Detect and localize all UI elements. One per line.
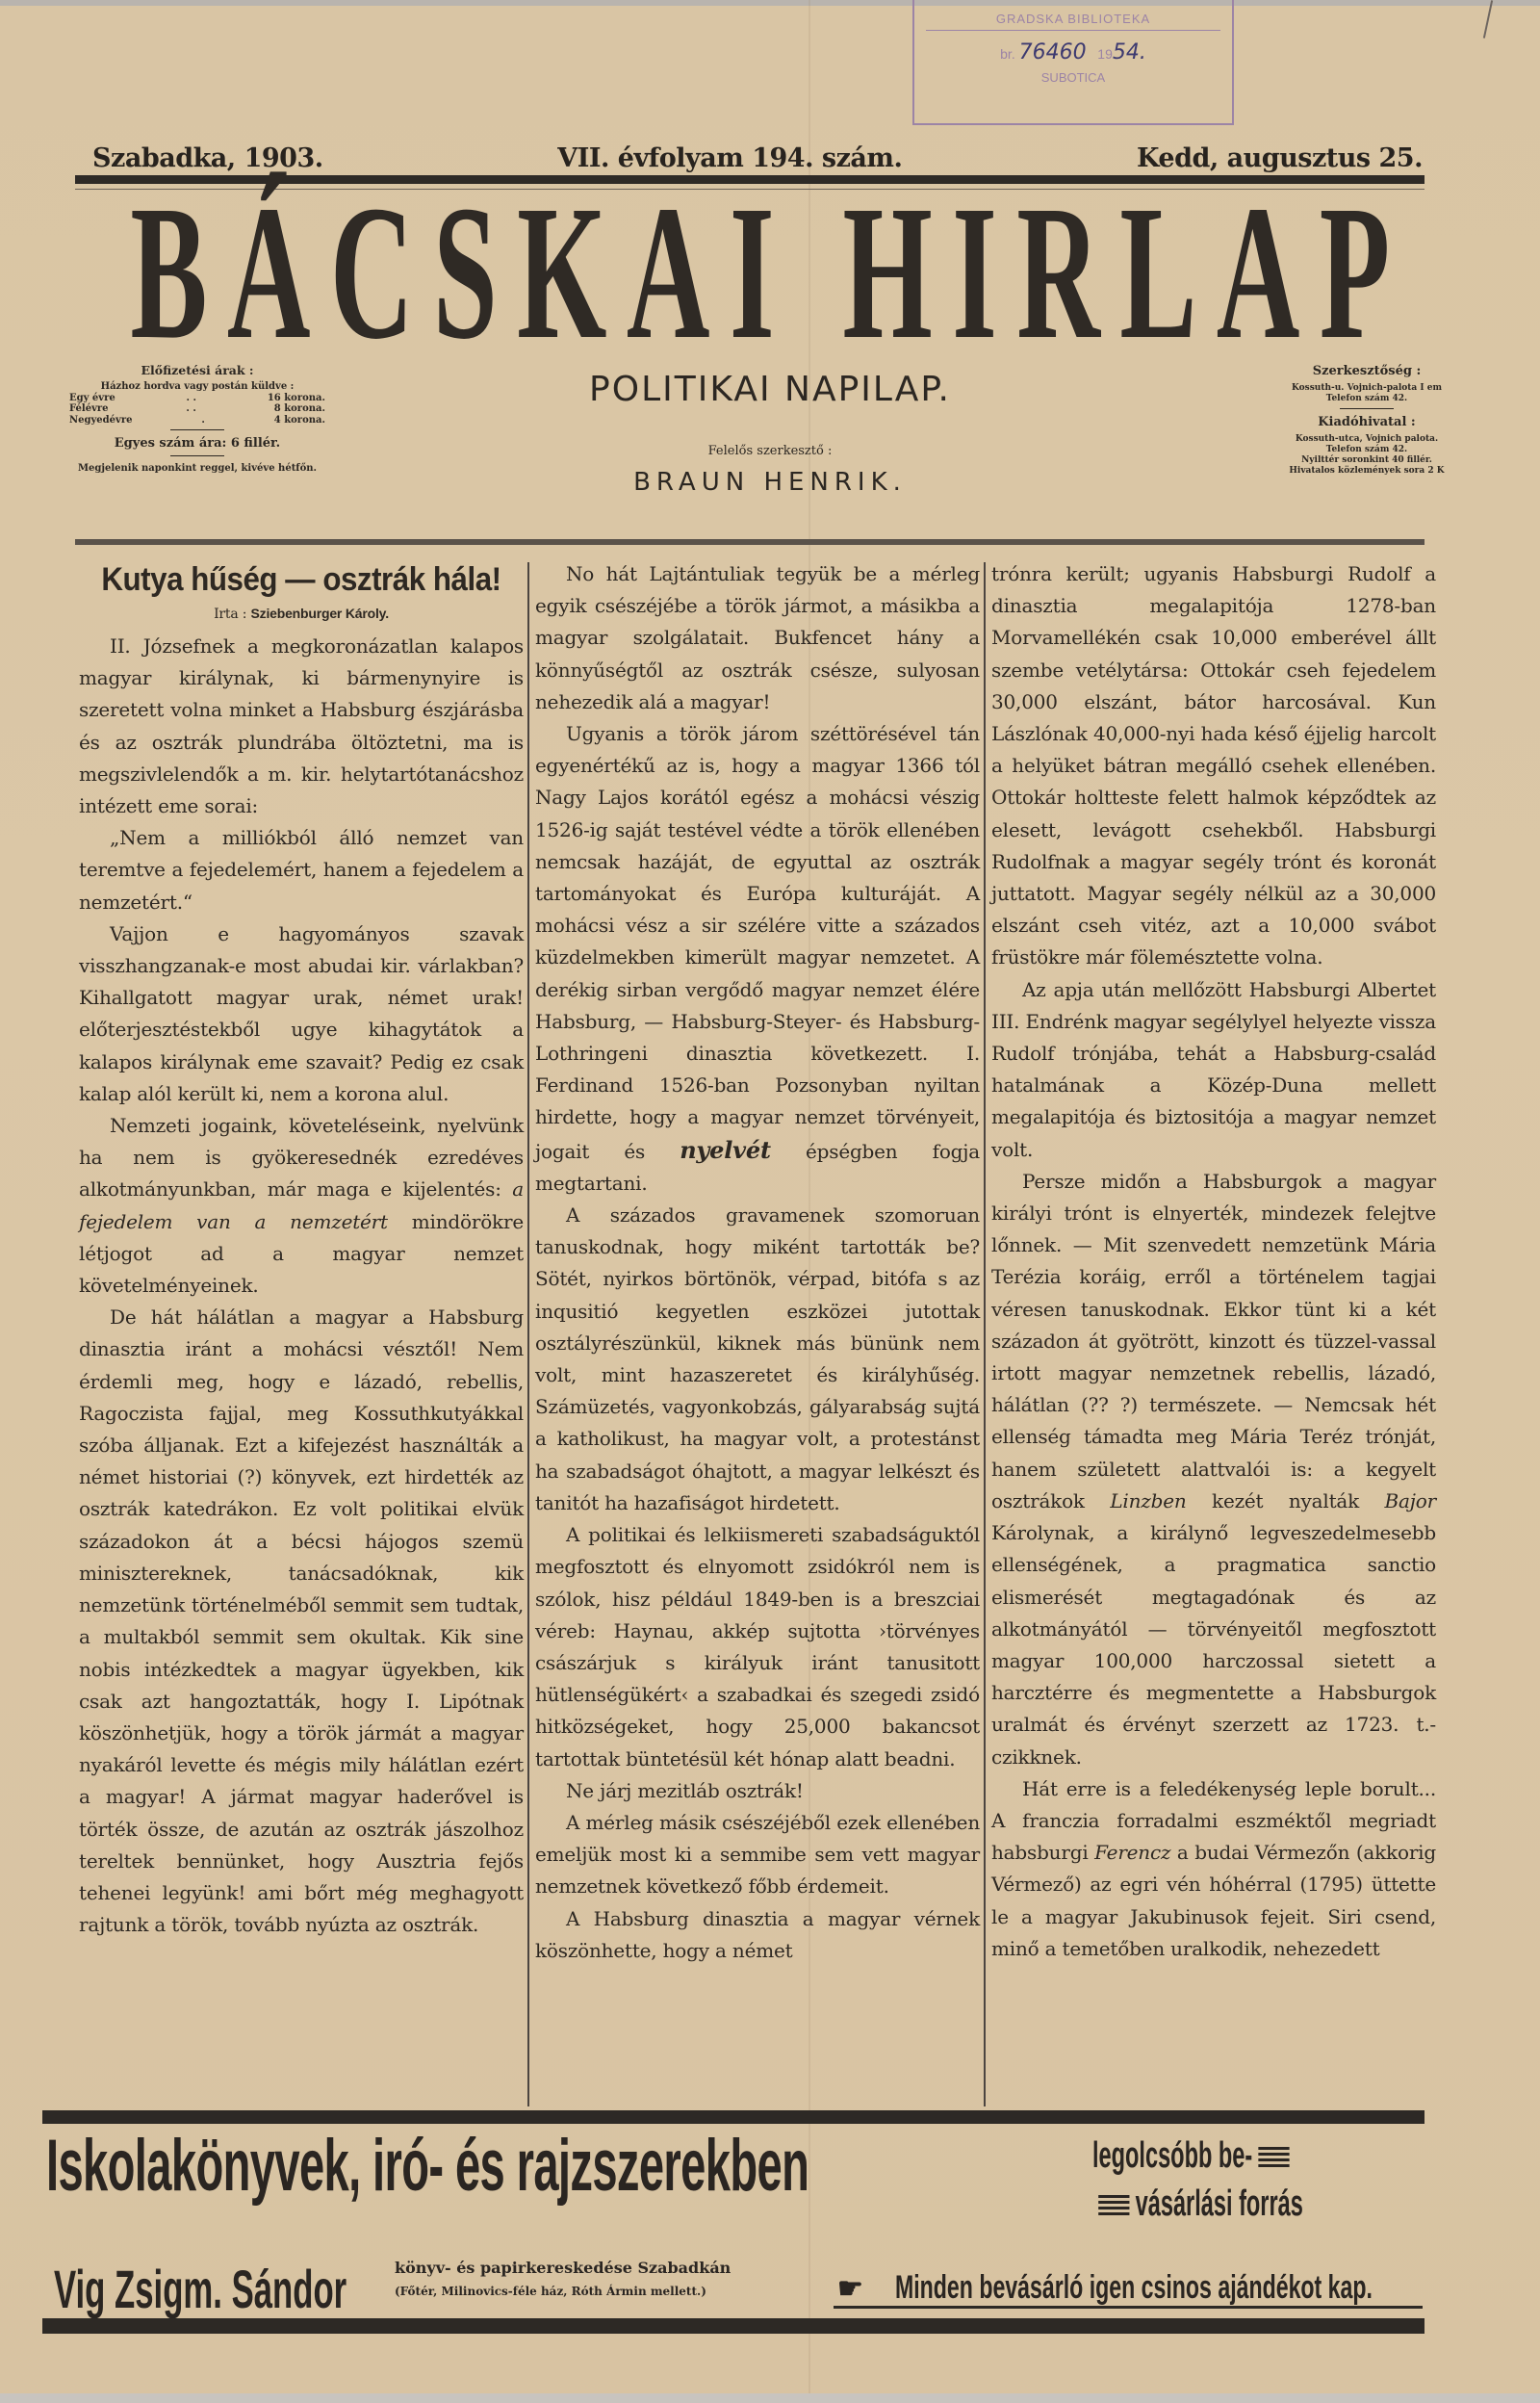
paragraph: trónra került; ugyanis Habsburgi Rudolf … (991, 558, 1436, 974)
ad-gift-underline (834, 2306, 1423, 2309)
editor-name: BRAUN HENRIK. (500, 468, 1039, 497)
paragraph: Ugyanis a török járom széttörésével tán … (535, 718, 980, 1200)
ad-gift-line: ☛Minden bevásárló igen csinos ajándékot … (837, 2268, 1453, 2309)
stamp-city: SUBOTICA (914, 70, 1232, 85)
subscription-delivery: Házhoz hordva vagy postán küldve : (67, 381, 327, 393)
price-period: Félévre (69, 403, 109, 415)
scan-bottom-edge (0, 2393, 1540, 2403)
paragraph-text: Persze midőn a Habsburgok a magyar királ… (991, 1170, 1436, 1512)
ornament-bars-icon (1098, 2195, 1129, 2216)
price-value: 16 korona. (268, 393, 325, 404)
subscription-prices: Előfizetési árak : Házhoz hordva vagy po… (67, 364, 327, 475)
ad-shop-info: könyv- és papirkereskedése Szabadkán (Fő… (395, 2257, 731, 2303)
masthead-subtitle: POLITIKAI NAPILAP. (500, 370, 1039, 409)
stamp-handwritten-year: 54. (1113, 40, 1146, 65)
publisher-phone: Telefon szám 42. (1270, 445, 1463, 455)
paragraph: Nemzeti jogaink, követeléseink, nyelvünk… (79, 1110, 524, 1302)
pointing-hand-icon: ☛ (837, 2270, 895, 2309)
ad-side-line-1: legolcsóbb be- (1092, 2135, 1252, 2176)
price-row: Egy évre . . 16 korona. (67, 393, 327, 404)
paragraph-text: Nemzeti jogaink, követeléseink, nyelvünk… (79, 1114, 524, 1201)
price-dots: . . (186, 403, 195, 415)
ad-headline: Iskolakönyvek, iró- és rajzszerekben (46, 2128, 714, 2205)
italic-name: Ferencz (1094, 1841, 1170, 1864)
ad-shop-description: könyv- és papirkereskedése Szabadkán (395, 2257, 731, 2280)
stamp-year-prefix: 19 (1097, 46, 1113, 62)
editorial-title: Szerkesztőség : (1270, 364, 1463, 379)
paragraph: A Habsburg dinasztia a magyar vérnek kös… (535, 1903, 980, 1967)
price-value: 4 korona. (274, 415, 325, 426)
ornament-bars-icon (1258, 2147, 1289, 2168)
paragraph-text: kezét nyalták (1212, 1489, 1359, 1512)
paragraph-text: Ugyanis a török járom széttörésével tán … (535, 722, 980, 1163)
editorial-phone: Telefon szám 42. (1270, 394, 1463, 404)
ornament-rule (1340, 408, 1394, 411)
article-column-1: Kutya hűség — osztrák hála! Irta : Szieb… (79, 558, 524, 2099)
price-row: Félévre . . 8 korona. (67, 403, 327, 415)
masthead-center: POLITIKAI NAPILAP. Felelős szerkesztő : … (500, 370, 1039, 497)
ornament-rule (170, 429, 224, 433)
stamp-number-row: br. 76460 1954. (914, 40, 1232, 65)
subscription-title: Előfizetési árak : (67, 364, 327, 377)
price-period: Negyedévre (69, 415, 132, 426)
emphasis-word: nyelvét (680, 1136, 771, 1164)
advertisement-bottom-rule (42, 2318, 1424, 2334)
stamp-library-name: GRADSKA BIBLIOTEKA (926, 12, 1220, 31)
editorial-address: Kossuth-u. Vojnich-palota I em (1270, 383, 1463, 394)
library-stamp: GRADSKA BIBLIOTEKA br. 76460 1954. SUBOT… (912, 0, 1234, 125)
column-rule (984, 562, 986, 2106)
newspaper-page: GRADSKA BIBLIOTEKA br. 76460 1954. SUBOT… (0, 0, 1540, 2403)
ornament-rule (170, 455, 224, 459)
paragraph: Az apja után mellőzött Habsburgi Alberte… (991, 974, 1436, 1166)
paragraph: De hát hálátlan a magyar a Habsburg dina… (79, 1302, 524, 1941)
publisher-title: Kiadóhivatal : (1270, 415, 1463, 430)
article-column-3: trónra került; ugyanis Habsburgi Rudolf … (991, 558, 1436, 2099)
price-period: Egy évre (69, 393, 115, 404)
pencil-mark (1483, 0, 1493, 39)
stamp-handwritten-number: 76460 (1019, 40, 1087, 65)
paragraph: No hát Lajtántuliak tegyük be a mérleg e… (535, 558, 980, 718)
article-column-2: No hát Lajtántuliak tegyük be a mérleg e… (535, 558, 980, 2099)
paragraph: A politikai és lelkiismereti szabadságuk… (535, 1519, 980, 1775)
price-dots: . (201, 415, 204, 426)
paragraph: A mérleg másik csészéjéből ezek ellenébe… (535, 1807, 980, 1903)
single-issue-price: Egyes szám ára: 6 fillér. (67, 437, 327, 452)
paragraph: Vajjon e hagyományos szavak visszhangzan… (79, 918, 524, 1110)
paragraph: Persze midőn a Habsburgok a magyar királ… (991, 1166, 1436, 1773)
paragraph: „Nem a milliókból álló nemzet van teremt… (79, 822, 524, 918)
ad-side-text: legolcsóbb be- vásárlási forrás (1092, 2132, 1320, 2228)
paragraph: II. Józsefnek a megkoronázatlan kalapos … (79, 631, 524, 822)
italic-place: Linzben (1110, 1489, 1186, 1512)
paragraph: A százados gravamenek szomoruan tanuskod… (535, 1200, 980, 1519)
publication-schedule: Megjelenik naponkint reggel, kivéve hétf… (67, 463, 327, 475)
ad-shop-address: (Főtér, Milinovics-féle ház, Róth Ármin … (395, 2280, 731, 2303)
open-space-price: Nyilttér soronkint 40 fillér. (1270, 455, 1463, 466)
stamp-number-prefix: br. (1000, 46, 1015, 62)
article-headline: Kutya hűség — osztrák hála! (96, 560, 505, 599)
editorial-office: Szerkesztőség : Kossuth-u. Vojnich-palot… (1270, 364, 1463, 477)
price-dots: . . (187, 393, 196, 404)
paragraph: Hát erre is a feledékenység leple borult… (991, 1773, 1436, 1965)
editor-label: Felelős szerkesztő : (500, 444, 1039, 458)
masthead-title: BÁCSKAI HIRLAP (106, 189, 1434, 352)
article-byline: Irta : Sziebenburger Károly. (79, 601, 524, 627)
price-value: 8 korona. (274, 403, 325, 415)
paragraph: Ne járj mezitláb osztrák! (535, 1775, 980, 1807)
ad-side-line-2: vásárlási forrás (1136, 2183, 1303, 2224)
ad-merchant-name: Vig Zsigm. Sándor (54, 2261, 346, 2318)
ad-gift-text: Minden bevásárló igen csinos ajándékot k… (895, 2268, 1373, 2307)
header-rule (75, 539, 1424, 545)
price-row: Negyedévre . 4 korona. (67, 415, 327, 426)
italic-name: Bajor (1385, 1489, 1436, 1512)
official-notice-price: Hivatalos közlemények sora 2 K (1270, 466, 1463, 477)
advertisement-top-rule (42, 2110, 1424, 2124)
publisher-address: Kossuth-utca, Vojnich palota. (1270, 434, 1463, 445)
byline-author: Sziebenburger Károly. (251, 606, 389, 621)
paragraph-text: Károlynak, a királynő legveszedelmesebb … (991, 1521, 1436, 1768)
byline-label: Irta : (214, 607, 246, 622)
column-rule (527, 562, 529, 2106)
scan-top-edge (0, 0, 1540, 6)
